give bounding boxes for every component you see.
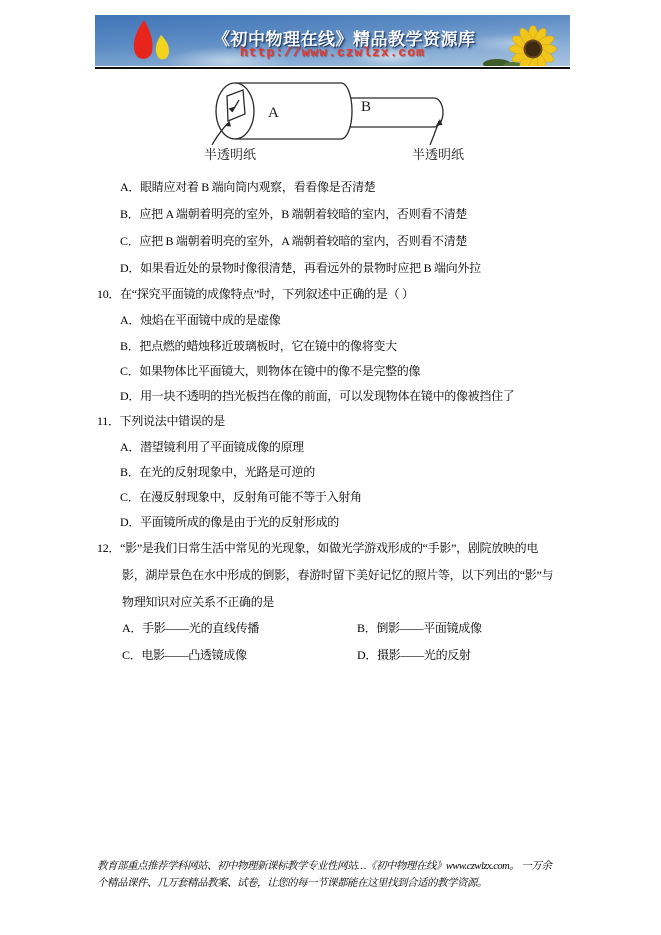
semi-transparent-paper-label-left: 半透明纸 bbox=[204, 147, 256, 162]
site-logo-icon bbox=[123, 18, 183, 64]
q9-option-a: A．眼睛应对着 B 端向筒内观察，看看像是否清楚 bbox=[120, 179, 375, 195]
q12-option-b: B．倒影——平面镜成像 bbox=[357, 620, 482, 636]
q11-number: 11． bbox=[97, 414, 120, 428]
q11-stem: 11．下列说法中错误的是 bbox=[97, 413, 225, 429]
q11-option-b: B．在光的反射现象中，光路是可逆的 bbox=[120, 464, 315, 480]
q11-option-d: D．平面镜所成的像是由于光的反射形成的 bbox=[120, 514, 339, 530]
tube-b-label: B bbox=[361, 99, 371, 115]
sunflower-icon bbox=[475, 20, 570, 66]
q10-option-b: B．把点燃的蜡烛移近玻璃板时，它在镜中的像将变大 bbox=[120, 338, 397, 354]
q10-option-c: C．如果物体比平面镜大，则物体在镜中的像不是完整的像 bbox=[120, 363, 420, 379]
q12-option-d: D．摄影——光的反射 bbox=[357, 647, 471, 663]
footer-line-1: 教育部重点推荐学科网站、初中物理新课标教学专业性网站…《初中物理在线》www.c… bbox=[97, 859, 551, 875]
tube-a-label: A bbox=[268, 105, 279, 121]
q12-stem-line-2: 影，湖岸景色在水中形成的倒影，春游时留下美好记忆的照片等，以下列出的“影”与 bbox=[122, 567, 553, 583]
q12-stem-line-1: 12．“影”是我们日常生活中常见的光现象，如做光学游戏形成的“手影”，剧院放映的… bbox=[97, 540, 538, 556]
q12-stem-line-3: 物理知识对应关系不正确的是 bbox=[122, 594, 274, 610]
footer-line-2: 个精品课件、几万套精品教案、试卷，让您的每一节课都能在这里找到合适的教学资源。 bbox=[97, 876, 487, 892]
telescope-tube-diagram: A B 半透明纸 半透明纸 bbox=[180, 78, 480, 173]
q12-number: 12． bbox=[97, 541, 120, 555]
q10-option-d: D．用一块不透明的挡光板挡在像的前面，可以发现物体在镜中的像被挡住了 bbox=[120, 388, 514, 404]
q9-option-c: C．应把 B 端朝着明亮的室外，A 端朝着较暗的室内，否则看不清楚 bbox=[120, 233, 467, 249]
q11-option-a: A．潜望镜利用了平面镜成像的原理 bbox=[120, 439, 304, 455]
q10-option-a: A．烛焰在平面镜中成的是虚像 bbox=[120, 312, 280, 328]
q10-stem: 10．在“探究平面镜的成像特点”时，下列叙述中正确的是（ ） bbox=[97, 286, 414, 302]
q9-option-d: D．如果看近处的景物时像很清楚，再看远外的景物时应把 B 端向外拉 bbox=[120, 260, 481, 276]
q12-option-a: A．手影——光的直线传播 bbox=[122, 620, 259, 636]
q12-option-c: C．电影——凸透镜成像 bbox=[122, 647, 247, 663]
q11-option-c: C．在漫反射现象中，反射角可能不等于入射角 bbox=[120, 489, 362, 505]
site-banner: 《初中物理在线》精品教学资源库 http://www.czwlzx.com bbox=[95, 15, 570, 66]
q10-number: 10． bbox=[97, 287, 120, 301]
q9-option-b: B．应把 A 端朝着明亮的室外，B 端朝着较暗的室内，否则看不清楚 bbox=[120, 206, 467, 222]
semi-transparent-paper-label-right: 半透明纸 bbox=[412, 147, 464, 162]
site-url: http://www.czwlzx.com bbox=[240, 45, 425, 60]
divider-line bbox=[95, 67, 570, 69]
